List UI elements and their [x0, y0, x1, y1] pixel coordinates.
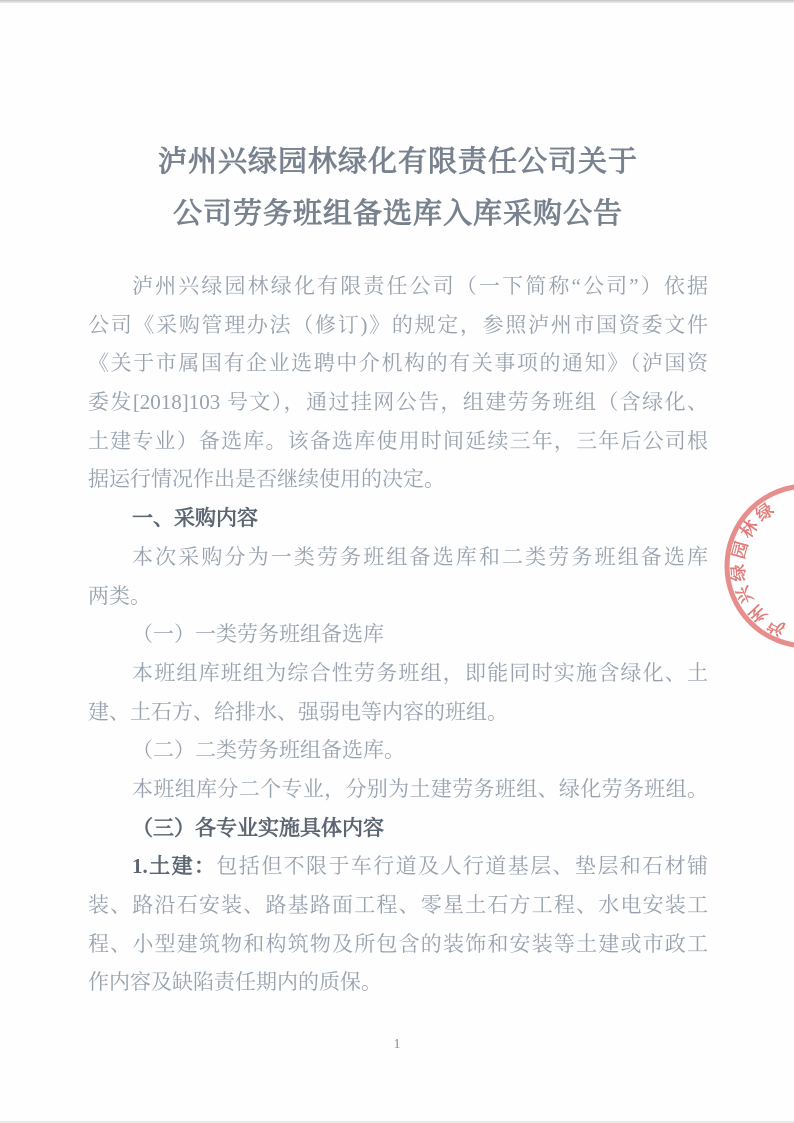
company-seal: 泸州兴绿园林绿	[724, 468, 794, 668]
document-line: 泸州兴绿园林绿化有限责任公司（一下简称“公司”）依据	[88, 267, 708, 306]
document-line: 土建专业）备选库。该备选库使用时间延续三年，三年后公司根	[88, 422, 708, 461]
document-line: 本次采购分为一类劳务班组备选库和二类劳务班组备选库	[88, 538, 708, 577]
document-line: 两类。	[88, 577, 708, 616]
document-body: 泸州兴绿园林绿化有限责任公司（一下简称“公司”）依据公司《采购管理办法（修订)》…	[88, 267, 708, 1002]
document-line: （一）一类劳务班组备选库	[88, 615, 708, 654]
document-title: 泸州兴绿园林绿化有限责任公司关于 公司劳务班组备选库入库采购公告	[88, 136, 708, 240]
section-heading: 一、采购内容	[88, 499, 708, 538]
seal-ring	[727, 486, 794, 646]
document-line: 本班组库分二个专业，分别为土建劳务班组、绿化劳务班组。	[88, 770, 708, 809]
document-page: 泸州兴绿园林绿化有限责任公司关于 公司劳务班组备选库入库采购公告 泸州兴绿园林绿…	[0, 0, 794, 1123]
line-lead-bold: 1.土建：	[132, 854, 216, 878]
seal-text: 泸州兴绿园林绿	[728, 497, 789, 639]
document-line: 委发[2018]103 号文），通过挂网公告，组建劳务班组（含绿化、	[88, 383, 708, 422]
document-line: 1.土建：包括但不限于车行道及人行道基层、垫层和石材铺	[88, 847, 708, 886]
scan-edge-top	[0, 0, 794, 3]
document-line: 《关于市属国有企业选聘中介机构的有关事项的通知》（泸国资	[88, 344, 708, 383]
section-heading: （三）各专业实施具体内容	[88, 809, 708, 848]
document-line: 建、土石方、给排水、强弱电等内容的班组。	[88, 693, 708, 732]
document-line: 作内容及缺陷责任期内的质保。	[88, 963, 708, 1002]
title-line-1: 泸州兴绿园林绿化有限责任公司关于	[88, 136, 708, 188]
document-line: （二）二类劳务班组备选库。	[88, 731, 708, 770]
title-line-2: 公司劳务班组备选库入库采购公告	[88, 188, 708, 240]
page-number: 1	[0, 1037, 794, 1053]
document-line: 本班组库班组为综合性劳务班组，即能同时实施含绿化、土	[88, 654, 708, 693]
document-line: 装、路沿石安装、路基路面工程、零星土石方工程、水电安装工	[88, 886, 708, 925]
document-line: 据运行情况作出是否继续使用的决定。	[88, 460, 708, 499]
document-line: 程、小型建筑物和构筑物及所包含的装饰和安装等土建或市政工	[88, 925, 708, 964]
document-line: 公司《采购管理办法（修订)》的规定，参照泸州市国资委文件	[88, 306, 708, 345]
